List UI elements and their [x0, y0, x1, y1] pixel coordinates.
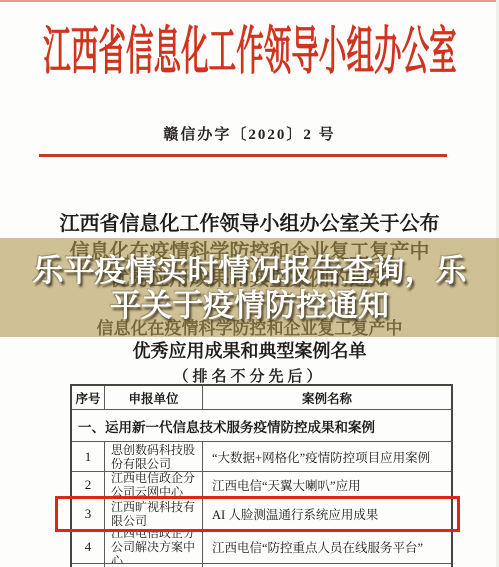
- table-header-row: 序号 申报单位 案例名称: [72, 386, 451, 410]
- watermark-caption-band: 乐平疫情实时情况报告查询，乐 平关于疫情防控通知: [0, 238, 499, 337]
- row-number: 2: [72, 472, 105, 497]
- masthead-divider-rule: [39, 154, 447, 157]
- results-table: 序号 申报单位 案例名称 一、运用新一代信息技术服务疫情防控成果和案例 1 思创…: [70, 384, 453, 567]
- row-unit: 江西电信政企分公司云网中心: [105, 472, 203, 497]
- table-row: 1 思创数码科技股份有限公司 “大数据+网格化”疫情防控项目应用案例: [72, 442, 451, 472]
- row-case-name: “大数据+网格化”疫情防控项目应用案例: [203, 442, 451, 471]
- row-unit: 思创数码科技股份有限公司: [105, 442, 203, 471]
- top-edge-red-line: [0, 0, 499, 2]
- red-highlight-box: [55, 496, 460, 532]
- masthead-title: 江西省信息化工作领导小组办公室: [43, 9, 456, 84]
- header-cell-no: 序号: [72, 386, 105, 409]
- document-page: 江西省信息化工作领导小组办公室 赣信办字〔2020〕2 号 江西省信息化工作领导…: [0, 0, 499, 567]
- list-title-line-2: 优秀应用成果和典型案例名单: [0, 340, 499, 363]
- masthead: 江西省信息化工作领导小组办公室: [0, 12, 499, 80]
- header-cell-unit: 申报单位: [105, 386, 203, 409]
- list-subtitle: （排名不分先后）: [0, 365, 499, 386]
- table-row: 4 江西电信政企分公司解决方案中心 江西电信“防控重点人员在线服务平台”: [72, 530, 451, 564]
- row-case-name: 江西电信“天翼大喇叭”应用: [203, 472, 451, 497]
- caption-line-2: 平关于疫情防控通知: [110, 288, 389, 323]
- row-case-name: 江西电信“防控重点人员在线服务平台”: [203, 530, 451, 563]
- table-section-row: 一、运用新一代信息技术服务疫情防控成果和案例: [72, 410, 451, 442]
- table-row: 2 江西电信政企分公司云网中心 江西电信“天翼大喇叭”应用: [72, 472, 451, 498]
- header-cell-case: 案例名称: [203, 386, 451, 409]
- caption-line-1: 乐平疫情实时情况报告查询，乐: [33, 253, 467, 288]
- row-unit: 江西电信政企分公司解决方案中心: [105, 530, 203, 563]
- document-number: 赣信办字〔2020〕2 号: [0, 123, 499, 144]
- row-number: 1: [72, 442, 105, 471]
- document-title-line-1: 江西省信息化工作领导小组办公室关于公布: [0, 211, 499, 239]
- row-number: 4: [72, 530, 105, 563]
